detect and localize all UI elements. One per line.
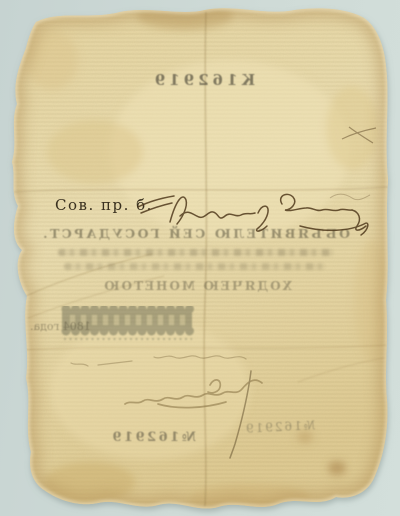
showthrough-serial-bottom-right: №162919 — [244, 418, 316, 436]
endorsement-stamp-label: Сов. пр. б. — [55, 196, 153, 214]
showthrough-serial-top: К162919 — [128, 71, 278, 89]
faint-showthrough-line — [58, 249, 334, 256]
text-overlays: К162919 Сов. пр. б. ОБЪЯВИТЕЛЮ СЕЙ ГОСУД… — [0, 0, 400, 516]
showthrough-serial-bottom-left: №162919 — [110, 430, 196, 445]
showthrough-date: 1804 года. — [30, 320, 91, 333]
showthrough-heading-line: ОБЪЯВИТЕЛЮ СЕЙ ГОСУДАРСТ. — [44, 226, 350, 241]
showthrough-body-line: ХОДЯЧЕЮ МОНЕТОЮ — [44, 279, 350, 293]
faint-showthrough-line — [64, 263, 326, 270]
photo-of-banknote-reverse: К162919 Сов. пр. б. ОБЪЯВИТЕЛЮ СЕЙ ГОСУД… — [0, 0, 400, 516]
